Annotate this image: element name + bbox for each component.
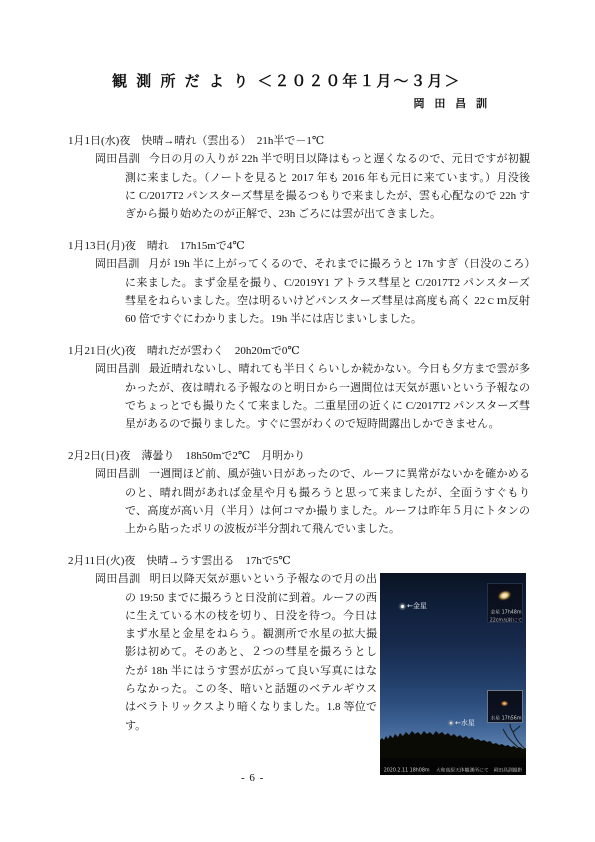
entry-date-weather: 1月13日(月)夜 晴れ 17h15mで4℃ — [68, 237, 530, 255]
document-page: 観 測 所 だ よ り ＜２０２０年１月～３月＞ 岡 田 昌 訓 1月1日(水)… — [0, 0, 595, 842]
venus-dot — [401, 605, 404, 608]
observer-name: 岡田昌訓 — [95, 573, 150, 585]
entry-text: 最近晴れないし、晴れても半日くらいしか続かない。今日も夕方まで雲が多かったが、夜… — [125, 363, 530, 430]
mercury-inset-caption: 水星 17h56m — [487, 714, 523, 721]
twilight-sky-photo: ←金星 ←水星 金星 17h48m 22cm反射にて 水星 17h56m 202… — [380, 573, 526, 775]
page-title: 観 測 所 だ よ り ＜２０２０年１月～３月＞ — [112, 72, 530, 90]
observer-name: 岡田昌訓 — [95, 363, 149, 375]
diary-entry-jan1: 1月1日(水)夜 快晴→晴れ（雲出る） 21h半で－1℃ 岡田昌訓今日の月の入り… — [68, 132, 530, 223]
mercury-closeup — [501, 701, 508, 706]
author-name: 岡 田 昌 訓 — [68, 97, 490, 111]
entry-date-weather: 1月21日(火)夜 晴れだが雲わく 20h20mで0℃ — [68, 342, 530, 360]
observer-name: 岡田昌訓 — [95, 153, 149, 165]
venus-inset: 金星 17h48m 22cm反射にて — [487, 583, 523, 623]
diary-entry-jan21: 1月21日(火)夜 晴れだが雲わく 20h20mで0℃ 岡田昌訓最近晴れないし、… — [68, 342, 530, 433]
observer-name: 岡田昌訓 — [95, 468, 149, 480]
entry-date-weather: 2月11日(火)夜 快晴→うす雲出る 17hで5℃ — [68, 552, 530, 570]
entry-text: 一週間ほど前、風が強い日があったので、ルーフに異常がないかを確かめるのと、晴れ間… — [125, 468, 530, 535]
entry-text: 明日以降天気が悪いという予報なので月の出の 19:50 までに撮ろうと日没前に到… — [125, 573, 377, 731]
diary-entry-jan13: 1月13日(月)夜 晴れ 17h15mで4℃ 岡田昌訓月が 19h 半に上がって… — [68, 237, 530, 328]
observer-name: 岡田昌訓 — [95, 258, 148, 270]
entry-body: 岡田昌訓月が 19h 半に上がってくるので、それまでに撮ろうと 17h すぎ（日… — [125, 255, 530, 328]
venus-closeup — [497, 589, 512, 602]
diary-entry-feb2: 2月2日(日)夜 薄曇り 18h50mで2℃ 月明かり 岡田昌訓一週間ほど前、風… — [68, 447, 530, 538]
venus-inset-caption: 金星 17h48m — [487, 608, 523, 615]
entry-body: 岡田昌訓明日以降天気が悪いという予報なので月の出の 19:50 までに撮ろうと日… — [125, 570, 377, 735]
venus-label: ←金星 — [407, 601, 427, 611]
photo-caption: 2020.2.11 18h08m 大和高原天体観測所にて 岡田昌訓撮影 — [380, 766, 526, 773]
treeline-silhouette — [380, 718, 526, 758]
entry-body: 岡田昌訓一週間ほど前、風が強い日があったので、ルーフに異常がないかを確かめるのと… — [125, 465, 530, 538]
entry-text: 今日の月の入りが 22h 半で明日以降はもっと遅くなるので、元日ですが初観測に来… — [125, 153, 530, 220]
venus-inset-subcaption: 22cm反射にて — [487, 616, 523, 623]
entry-date-weather: 2月2日(日)夜 薄曇り 18h50mで2℃ 月明かり — [68, 447, 530, 465]
page-number: - 6 - — [241, 772, 264, 784]
mercury-inset: 水星 17h56m — [487, 690, 523, 723]
entry-text: 月が 19h 半に上がってくるので、それまでに撮ろうと 17h すぎ（日没のころ… — [125, 258, 530, 325]
entry-date-weather: 1月1日(水)夜 快晴→晴れ（雲出る） 21h半で－1℃ — [68, 132, 530, 150]
entry-body: 岡田昌訓最近晴れないし、晴れても半日くらいしか続かない。今日も夕方まで雲が多かっ… — [125, 360, 530, 433]
entry-body: 岡田昌訓今日の月の入りが 22h 半で明日以降はもっと遅くなるので、元日ですが初… — [125, 150, 530, 223]
